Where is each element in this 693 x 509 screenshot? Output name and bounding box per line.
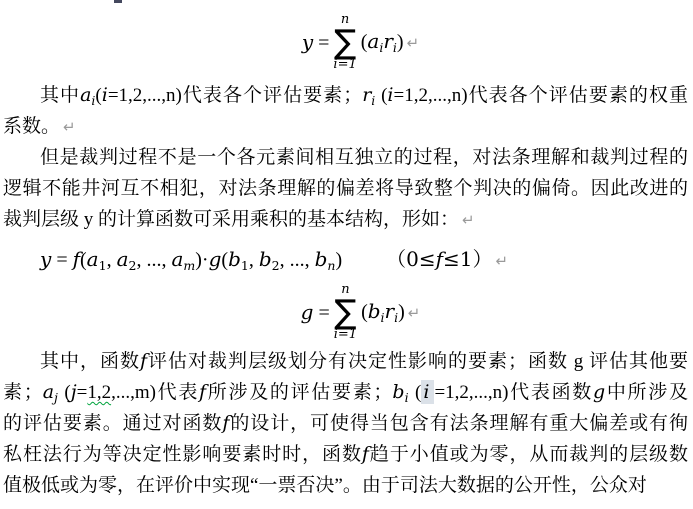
formula-y-sum: y = n ∑ i=1 (airi)↵ — [0, 4, 693, 80]
text-line: 逻辑不能井河互不相犯，对法条理解的偏差将导致整个判决的偏倚。因此改进的 — [0, 173, 693, 204]
spellcheck-squiggle: 1,2 — [87, 382, 111, 403]
text-segment: ( — [80, 249, 87, 271]
text-segment: f — [73, 247, 80, 271]
text-segment: 其中，函数 — [40, 351, 140, 372]
text-segment: ) — [335, 249, 342, 271]
text-line: 其中，函数f评估对裁判层级划分有决定性影响的要素；函数 g 评估其他要 — [0, 346, 693, 377]
text-segment: 评估其他要 — [583, 351, 688, 372]
paragraph-process-discussion: 但是裁判过程不是一个各元素间相互独立的过程，对法条理解和裁判过程的 逻辑不能井河… — [0, 142, 693, 235]
text-segment: 代表各个评估要素的权重 — [468, 85, 688, 106]
text-segment: 的计算函数可采用乘积的基本结构，形如： — [93, 209, 459, 230]
text-segment: a — [117, 247, 129, 271]
text-segment: = — [77, 382, 88, 403]
text-segment: , ..., — [280, 249, 315, 271]
document-page: y = n ∑ i=1 (airi)↵ 其中ai(i=1,2,...,n)代表各… — [0, 0, 693, 509]
document-content: y = n ∑ i=1 (airi)↵ 其中ai(i=1,2,...,n)代表各… — [0, 0, 693, 501]
sigma-icon: ∑ — [334, 297, 356, 326]
formula-lhs: y = — [302, 30, 330, 55]
text-segment: 评估对裁判层级划分有决定性影响的要素；函数 — [147, 351, 574, 372]
text-segment: 但是裁判过程不是一个各元素间相互独立的过程，对法条理解和裁判过程的 — [40, 147, 688, 168]
text-segment: g — [209, 247, 222, 271]
text-segment: =1,2,...,n) — [394, 85, 468, 106]
text-segment: 逻辑不能井河互不相犯，对法条理解的偏差将导致整个判决的偏倚。因此改进的 — [3, 178, 688, 199]
text-segment: ( — [361, 301, 368, 323]
paragraph-mark-icon: ↵ — [493, 252, 509, 270]
text-segment: ) — [398, 301, 405, 323]
text-segment: r — [385, 299, 395, 323]
text-segment: m — [183, 258, 195, 273]
text-segment: f — [140, 350, 147, 372]
text-segment: )· — [195, 249, 208, 271]
text-line: 但是裁判过程不是一个各元素间相互独立的过程，对法条理解和裁判过程的 — [0, 142, 693, 173]
text-segment: = — [51, 249, 72, 271]
text-segment: 代表函数 — [508, 382, 593, 403]
text-segment: =1,2,...,n) — [434, 382, 508, 403]
text-segment: 私枉法行为等决定性影响要素时时，函数 — [3, 444, 362, 465]
text-segment: （0≤ — [386, 247, 435, 271]
text-segment: f — [362, 443, 369, 465]
text-segment: ( — [409, 382, 422, 403]
text-segment: g — [574, 351, 584, 372]
text-segment: 趋于小值或为零，从而裁判的层级数 — [369, 444, 688, 465]
sigma-icon: ∑ — [334, 27, 356, 56]
formula-g-sum: g = n ∑ i=1 (biri)↵ — [0, 278, 693, 346]
text-segment: g — [593, 381, 605, 403]
text-segment: r — [383, 29, 393, 53]
text-segment: y — [302, 30, 313, 54]
text-segment: 的评估要素。通过对函数 — [3, 413, 222, 434]
paragraph-f-g-explanation: 其中，函数f评估对裁判层级划分有决定性影响的要素；函数 g 评估其他要 素；aj… — [0, 346, 693, 501]
text-segment: b — [259, 247, 272, 271]
text-segment: 代表 — [156, 382, 199, 403]
text-segment: , — [249, 249, 259, 271]
text-segment: 系数。 — [3, 116, 60, 137]
text-line: 其中ai(i=1,2,...,n)代表各个评估要素；ri (i=1,2,...,… — [0, 80, 693, 111]
text-segment: f — [436, 247, 443, 271]
paragraph-weights-definition: 其中ai(i=1,2,...,n)代表各个评估要素；ri (i=1,2,...,… — [0, 80, 693, 142]
text-segment: 代表各个评估要素； — [182, 85, 362, 106]
text-segment: 1 — [99, 258, 107, 273]
text-segment: b — [368, 299, 381, 323]
text-line: 的评估要素。通过对函数f的设计，可使得当包含有法条理解有重大偏差或有徇 — [0, 408, 693, 439]
paragraph-mark-icon: ↵ — [405, 304, 421, 322]
text-segment: a — [171, 247, 183, 271]
field-shading-highlight: i — [421, 380, 434, 404]
text-segment: 2 — [272, 258, 280, 273]
text-segment: a — [367, 29, 379, 53]
text-segment: a — [80, 84, 91, 106]
text-segment: ( — [375, 85, 387, 106]
paragraph-mark-icon: ↵ — [459, 211, 475, 229]
text-segment: b — [315, 247, 328, 271]
text-line: 私枉法行为等决定性影响要素时时，函数f趋于小值或为零，从而裁判的层级数 — [0, 439, 693, 470]
text-segment: =1,2,...,n) — [108, 85, 182, 106]
text-segment: y — [40, 247, 51, 271]
text-segment: g — [301, 300, 314, 324]
text-segment: ) — [397, 31, 404, 53]
text-segment: , ..., — [136, 249, 171, 271]
text-segment: 的设计，可使得当包含有法条理解有重大偏差或有徇 — [229, 413, 688, 434]
text-segment: = — [313, 32, 329, 54]
text-line: 素；aj (j=1,2,...,m)代表f所涉及的评估要素；bi (i=1,2,… — [0, 377, 693, 408]
text-segment: = — [313, 302, 329, 324]
formula-product: y = f(a1, a2, ..., am)·g(b1, b2, ..., bn… — [0, 240, 693, 278]
formula-body: (airi)↵ — [361, 29, 419, 55]
text-line: 裁判层级 y 的计算函数可采用乘积的基本结构，形如：↵ — [0, 204, 693, 235]
formula-lhs: g = — [301, 300, 330, 325]
sum-lower-limit: i=1 — [333, 58, 356, 71]
text-segment: ,...,m) — [111, 382, 156, 403]
text-segment: y — [84, 209, 94, 230]
text-segment: ( — [58, 382, 71, 403]
text-segment: 所涉及的评估要素； — [206, 382, 392, 403]
text-segment: r — [362, 84, 371, 106]
text-segment: b — [392, 381, 404, 403]
paragraph-mark-icon: ↵ — [404, 34, 420, 52]
text-segment: 其中 — [40, 85, 80, 106]
text-segment: b — [228, 247, 241, 271]
paragraph-mark-icon: ↵ — [60, 118, 76, 136]
text-segment: , — [107, 249, 117, 271]
text-segment: 1 — [241, 258, 249, 273]
formula-body: (biri)↵ — [361, 299, 420, 325]
text-line: 值极低或为零，在评价中实现“一票否决”。由于司法大数据的公开性，公众对 — [0, 470, 693, 501]
text-segment: 值极低或为零，在评价中实现“一票否决”。由于司法大数据的公开性，公众对 — [3, 475, 647, 496]
summation-symbol: n ∑ i=1 — [334, 283, 357, 341]
text-segment: ≤1） — [443, 247, 492, 271]
text-segment: 裁判层级 — [3, 209, 84, 230]
summation-symbol: n ∑ i=1 — [333, 13, 356, 71]
text-line: 系数。↵ — [0, 111, 693, 142]
text-segment: 中所涉及 — [605, 382, 688, 403]
text-segment: a — [87, 247, 99, 271]
text-segment: a — [43, 381, 54, 403]
sum-lower-limit: i=1 — [334, 328, 357, 341]
text-segment: 素； — [3, 382, 43, 403]
